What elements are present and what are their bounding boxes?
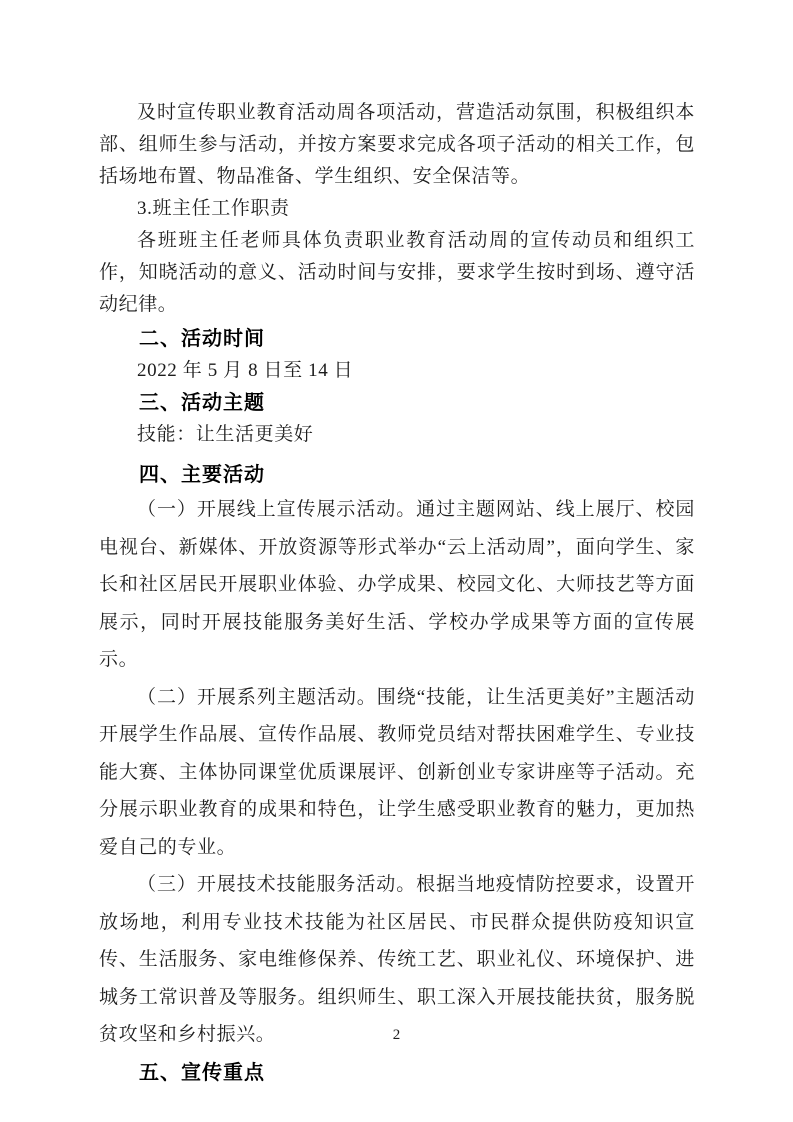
paragraph-activity-date: 2022 年 5 月 8 日至 14 日 xyxy=(99,355,695,387)
section-heading-activity-theme: 三、活动主题 xyxy=(99,387,695,419)
paragraph-publicity-duties: 及时宣传职业教育活动周各项活动，营造活动氛围，积极组织本部、组师生参与活动，并按… xyxy=(99,97,695,193)
paragraph-head-teacher-duty-title: 3.班主任工作职责 xyxy=(99,193,695,225)
paragraph-activity-online-exhibition: （一）开展线上宣传展示活动。通过主题网站、线上展厅、校园电视台、新媒体、开放资源… xyxy=(99,491,695,679)
section-heading-publicity-focus: 五、宣传重点 xyxy=(99,1057,695,1089)
paragraph-activity-theme-series: （二）开展系列主题活动。围绕“技能，让生活更美好”主题活动开展学生作品展、宣传作… xyxy=(99,679,695,867)
section-heading-main-activities: 四、主要活动 xyxy=(99,459,695,491)
page-number: 2 xyxy=(0,1024,793,1046)
paragraph-theme-slogan: 技能：让生活更美好 xyxy=(99,419,695,451)
document-body: 及时宣传职业教育活动周各项活动，营造活动氛围，积极组织本部、组师生参与活动，并按… xyxy=(99,97,695,1089)
paragraph-head-teacher-duty-detail: 各班班主任老师具体负责职业教育活动周的宣传动员和组织工作，知晓活动的意义、活动时… xyxy=(99,225,695,321)
section-heading-activity-time: 二、活动时间 xyxy=(99,323,695,355)
document-page: 及时宣传职业教育活动周各项活动，营造活动氛围，积极组织本部、组师生参与活动，并按… xyxy=(0,0,793,1122)
